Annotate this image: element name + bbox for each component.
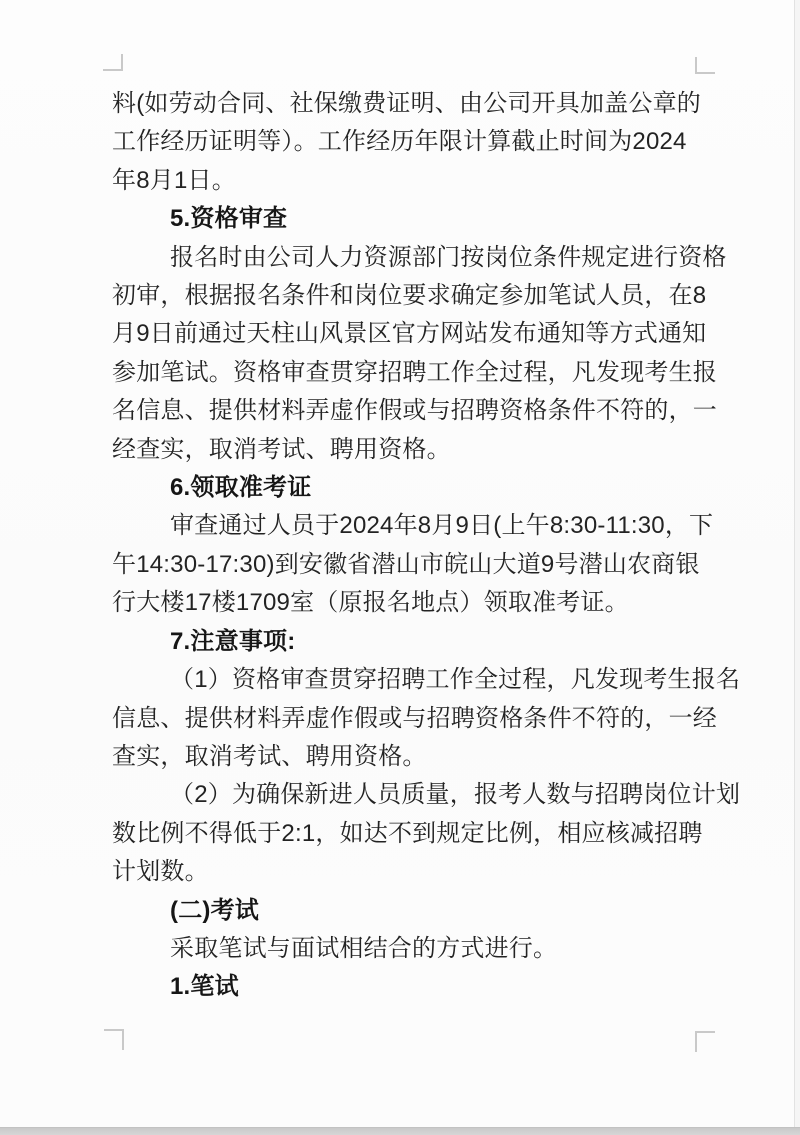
text-line: 审查通过人员于2024年8月9日(上午8:30-11:30，下 xyxy=(112,507,702,545)
text-line: 1.笔试 xyxy=(112,968,702,1006)
text-line: 经查实，取消考试、聘用资格。 xyxy=(112,431,702,469)
text-line: 7.注意事项: xyxy=(112,623,702,661)
text-line: 计划数。 xyxy=(112,853,702,891)
text-line: 工作经历证明等）。工作经历年限计算截止时间为2024 xyxy=(112,123,702,161)
text-line: （2）为确保新进人员质量，报考人数与招聘岗位计划 xyxy=(112,776,702,814)
text-line: 料(如劳动合同、社保缴费证明、由公司开具加盖公章的 xyxy=(112,85,702,123)
margin-mark-bottom-left xyxy=(104,1029,124,1050)
text-line: 数比例不得低于2:1，如达不到规定比例，相应核减招聘 xyxy=(112,815,702,853)
margin-mark-bottom-right xyxy=(695,1031,715,1052)
photo-edge-right xyxy=(794,0,800,1135)
margin-mark-top-left xyxy=(103,54,123,71)
document-body: 料(如劳动合同、社保缴费证明、由公司开具加盖公章的工作经历证明等）。工作经历年限… xyxy=(112,85,702,1007)
margin-mark-top-right xyxy=(695,57,715,74)
text-line: 查实，取消考试、聘用资格。 xyxy=(112,738,702,776)
text-line: 行大楼17楼1709室（原报名地点）领取准考证。 xyxy=(112,584,702,622)
text-line: 午14:30-17:30)到安徽省潜山市皖山大道9号潜山农商银 xyxy=(112,546,702,584)
text-line: 报名时由公司人力资源部门按岗位条件规定进行资格 xyxy=(112,239,702,277)
text-line: 初审，根据报名条件和岗位要求确定参加笔试人员，在8 xyxy=(112,277,702,315)
text-line: 名信息、提供材料弄虚作假或与招聘资格条件不符的，一 xyxy=(112,392,702,430)
text-line: 6.领取准考证 xyxy=(112,469,702,507)
text-line: 参加笔试。资格审查贯穿招聘工作全过程，凡发现考生报 xyxy=(112,354,702,392)
text-line: 年8月1日。 xyxy=(112,162,702,200)
text-line: 5.资格审查 xyxy=(112,200,702,238)
photo-edge-bottom xyxy=(0,1127,800,1135)
text-line: (二)考试 xyxy=(112,892,702,930)
text-line: （1）资格审查贯穿招聘工作全过程，凡发现考生报名 xyxy=(112,661,702,699)
text-line: 采取笔试与面试相结合的方式进行。 xyxy=(112,930,702,968)
text-line: 信息、提供材料弄虚作假或与招聘资格条件不符的，一经 xyxy=(112,700,702,738)
text-line: 月9日前通过天柱山风景区官方网站发布通知等方式通知 xyxy=(112,315,702,353)
document-page: 料(如劳动合同、社保缴费证明、由公司开具加盖公章的工作经历证明等）。工作经历年限… xyxy=(0,0,800,1135)
